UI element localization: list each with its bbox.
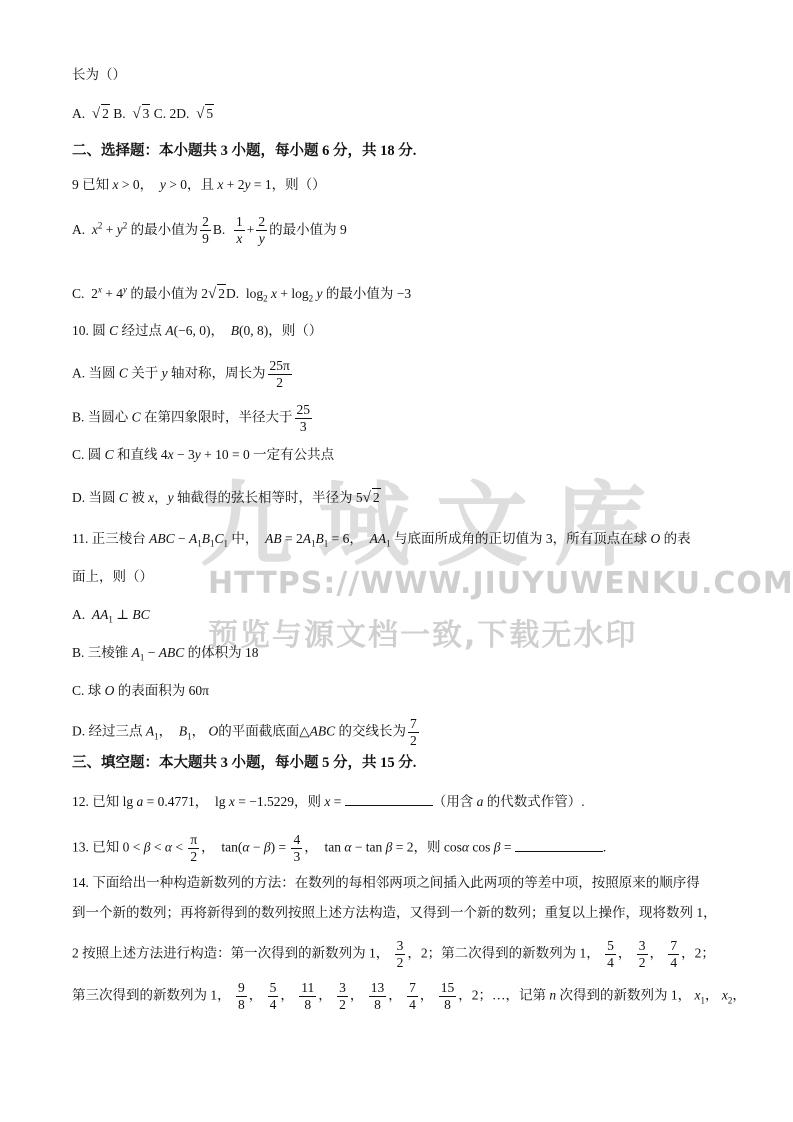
- q8-option-d: D. √5: [176, 106, 214, 121]
- q10-option-b: B. 当圆心 C 在第四象限时，半径大于253: [72, 402, 314, 435]
- q9-options-ab: A. x2 + y2 的最小值为29B. 1x+2y的最小值为 9: [72, 214, 347, 247]
- q14-line2: 到一个新的数列；再将新得到的数列按照上述方法构造，又得到一个新的数列；重复以上操…: [72, 904, 717, 922]
- q13-answer-blank[interactable]: [515, 838, 603, 852]
- q8-options: A. √2 B. √3 C. 2D. √5: [72, 104, 214, 123]
- watermark-url: HTTPS://WWW.JIUYUWENKU.COM: [208, 566, 793, 601]
- q9-option-c: C. 2x + 4y 的最小值为 2√2: [72, 286, 226, 301]
- q12-answer-blank[interactable]: [345, 792, 433, 806]
- q10-option-d: D. 当圆 C 被 x，y 轴截得的弦长相等时，半径为 5√2: [72, 488, 381, 507]
- q8-option-b: B. √3: [113, 106, 154, 121]
- q9-option-a: A. x2 + y2 的最小值为29: [72, 222, 213, 237]
- q8-option-a: A. √2: [72, 106, 113, 121]
- q10-option-a: A. 当圆 C 关于 y 轴对称，周长为25π2: [72, 358, 294, 391]
- q10-stem: 10. 圆 C 经过点 A(−6, 0)， B(0, 8)，则（）: [72, 322, 322, 340]
- q9-stem: 9 已知 x > 0， y > 0，且 x + 2y = 1，则（）: [72, 176, 326, 194]
- q14-line1: 14. 下面给出一种构造新数列的方法：在数列的每相邻两项之间插入此两项的等差中项…: [72, 874, 700, 892]
- q11-stem-line2: 面上，则（）: [72, 568, 153, 586]
- section-3-heading: 三、填空题：本大题共 3 小题，每小题 5 分，共 15 分.: [72, 754, 416, 772]
- q9-options-cd: C. 2x + 4y 的最小值为 2√2D. log2 x + log2 y 的…: [72, 280, 411, 307]
- q11-option-a: A. AA1 ⊥ BC: [72, 606, 150, 629]
- q11-option-d: D. 经过三点 A1， B1， O的平面截底面△ABC 的交线长为72: [72, 716, 421, 749]
- q10-option-c: C. 圆 C 和直线 4x − 3y + 10 = 0 一定有公共点: [72, 446, 334, 464]
- q14-line4: 第三次得到的新数列为 1， 98， 54， 118， 32， 138， 74， …: [72, 980, 746, 1013]
- q11-stem-line1: 11. 正三棱台 ABC − A1B1C1 中， AB = 2A1B1 = 6，…: [72, 530, 691, 553]
- q8-option-c: C. 2: [154, 106, 177, 121]
- q11-option-c: C. 球 O 的表面积为 60π: [72, 682, 209, 700]
- watermark-title: 九域文库: [200, 452, 672, 584]
- q9-option-b: B. 1x+2y的最小值为 9: [213, 222, 347, 237]
- q13: 13. 已知 0 < β < α < π2， tan(α − β) = 43， …: [72, 832, 606, 865]
- q8-stem-tail: 长为（）: [72, 66, 126, 84]
- q12: 12. 已知 lg a = 0.4771， lg x = −1.5229，则 x…: [72, 792, 585, 811]
- q11-option-b: B. 三棱锥 A1 − ABC 的体积为 18: [72, 644, 259, 667]
- q9-option-d: D. log2 x + log2 y 的最小值为 −3: [226, 286, 411, 301]
- q14-line3: 2 按照上述方法进行构造：第一次得到的新数列为 1， 32，2；第二次得到的新数…: [72, 938, 715, 971]
- watermark-notice: 预览与源文档一致,下载无水印: [208, 610, 637, 654]
- section-2-heading: 二、选择题：本小题共 3 小题，每小题 6 分，共 18 分.: [72, 142, 416, 160]
